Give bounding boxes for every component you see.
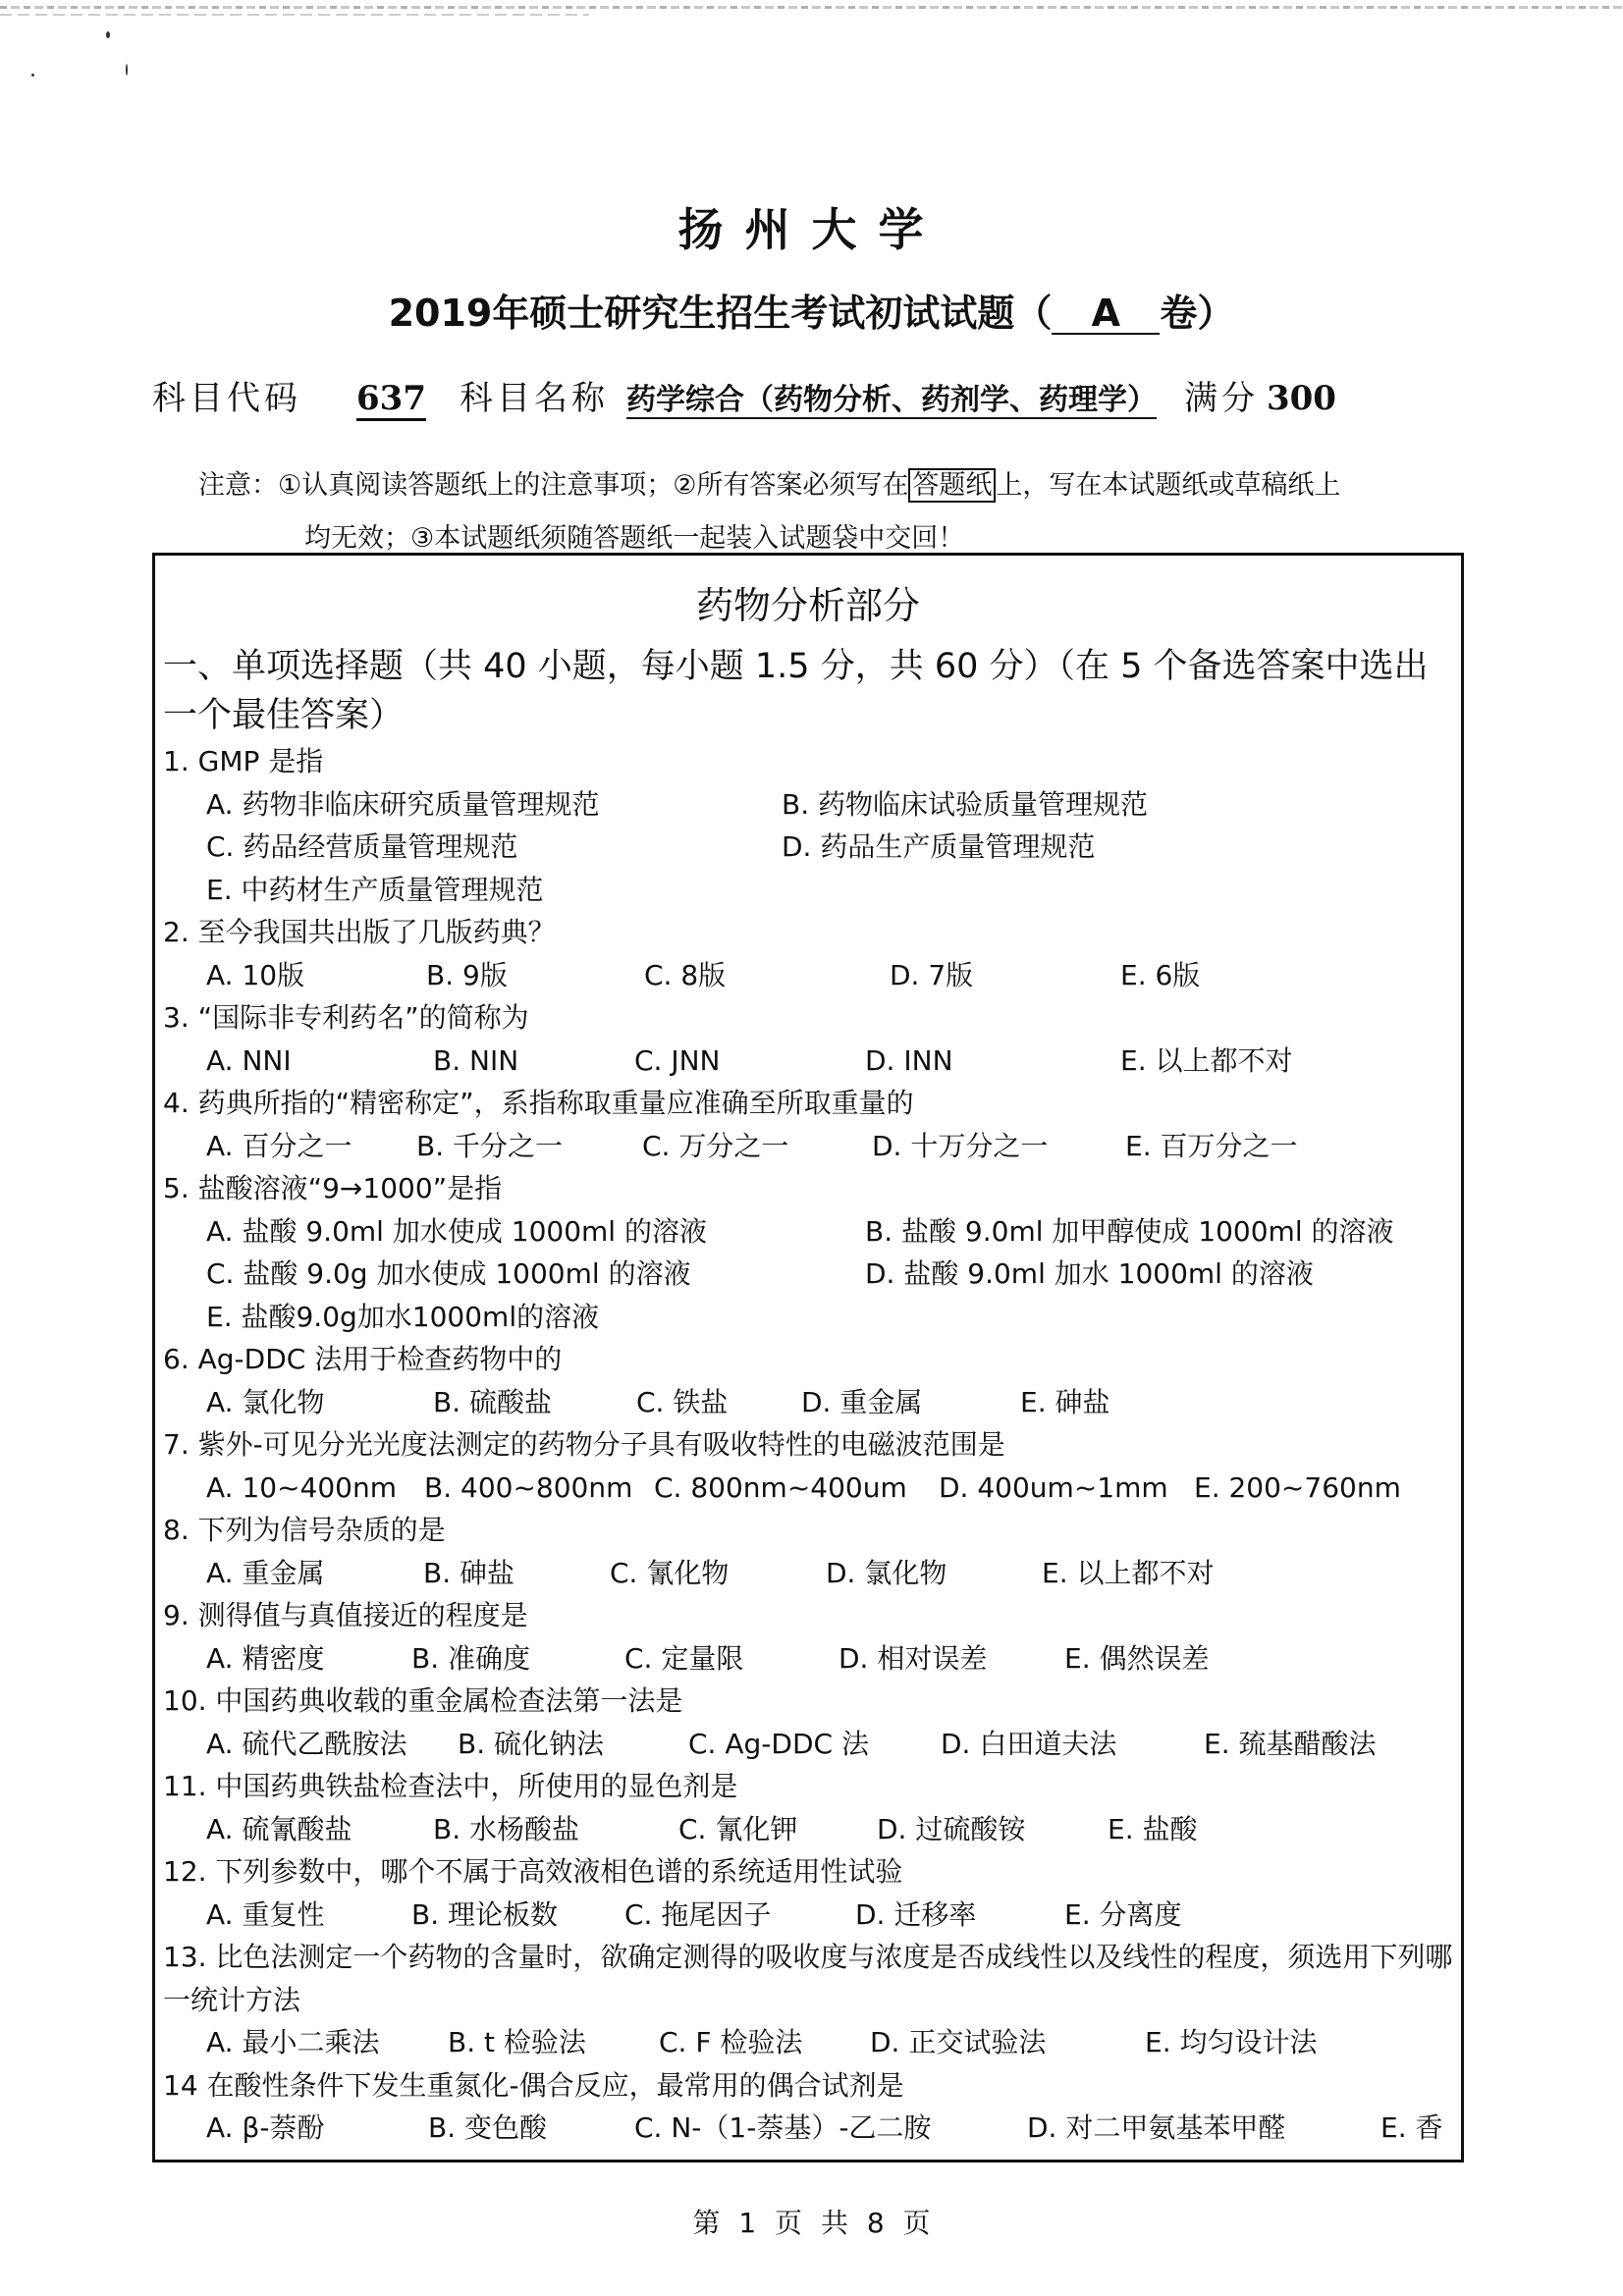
answer-sheet-boxed: 答题纸: [908, 468, 996, 503]
option-d: D. 相对误差: [839, 1637, 987, 1681]
option-row: A. 盐酸 9.0ml 加水使成 1000ml 的溶液 B. 盐酸 9.0ml …: [163, 1210, 1459, 1254]
option-d: D. 药品生产质量管理规范: [782, 826, 1095, 869]
full-score: 300: [1267, 379, 1336, 418]
option-d: D. 氯化物: [826, 1552, 947, 1595]
option-d: D. 对二甲氨基苯甲醛: [1027, 2107, 1285, 2150]
option-e: E. 百万分之一: [1125, 1125, 1298, 1168]
scan-speck: [31, 74, 34, 77]
option-a: A. 盐酸 9.0ml 加水使成 1000ml 的溶液: [206, 1210, 707, 1254]
option-e: E. 以上都不对: [1042, 1552, 1215, 1595]
option-a: A. 精密度: [206, 1637, 324, 1681]
question-item: 11. 中国药典铁盐检查法中，所使用的显色剂是 A. 硫氰酸盐 B. 水杨酸盐 …: [163, 1765, 1459, 1850]
option-c: C. 800nm~400um: [654, 1467, 907, 1510]
option-e: E. 巯基醋酸法: [1204, 1723, 1377, 1766]
option-b: B. NIN: [433, 1040, 518, 1083]
question-frame: 药物分析部分 一、单项选择题（共 40 小题，每小题 1.5 分，共 60 分）…: [152, 553, 1464, 2163]
option-b: B. 9版: [426, 954, 508, 997]
option-row: A. 硫氰酸盐 B. 水杨酸盐 C. 氰化钾 D. 过硫酸铵 E. 盐酸: [163, 1808, 1459, 1851]
option-row: E. 中药材生产质量管理规范: [163, 869, 1459, 912]
option-c: C. Ag-DDC 法: [688, 1723, 869, 1766]
exam-title: 2019年硕士研究生招生考试初试试题（A卷）: [0, 283, 1623, 337]
option-b: B. 硫化钠法: [458, 1723, 604, 1766]
option-a: A. 最小二乘法: [206, 2021, 379, 2064]
subject-line: 科目代码637科目名称药学综合（药物分析、药剂学、药理学）满分300: [152, 371, 1336, 419]
question-item: 2. 至今我国共出版了几版药典？ A. 10版 B. 9版 C. 8版 D. 7…: [163, 911, 1459, 996]
option-row: A. 氯化物 B. 硫酸盐 C. 铁盐 D. 重金属 E. 砷盐: [163, 1381, 1459, 1424]
question-stem: 1. GMP 是指: [163, 740, 1459, 783]
option-c: C. JNN: [634, 1040, 721, 1083]
option-b: B. 水杨酸盐: [433, 1808, 579, 1851]
option-a: A. 百分之一: [206, 1125, 352, 1168]
option-row: A. 10~400nm B. 400~800nm C. 800nm~400um …: [163, 1467, 1459, 1510]
question-item: 6. Ag-DDC 法用于检查药物中的 A. 氯化物 B. 硫酸盐 C. 铁盐 …: [163, 1338, 1459, 1423]
question-item: 7. 紫外-可见分光光度法测定的药物分子具有吸收特性的电磁波范围是 A. 10~…: [163, 1423, 1459, 1509]
option-c: C. 拖尾因子: [624, 1894, 771, 1937]
question-list: 1. GMP 是指 A. 药物非临床研究质量管理规范 B. 药物临床试验质量管理…: [163, 740, 1459, 2150]
option-a: A. 硫代乙酰胺法: [206, 1723, 406, 1766]
option-a: A. 重复性: [206, 1894, 324, 1937]
option-e: E. 盐酸: [1108, 1808, 1198, 1851]
option-row: C. 药品经营质量管理规范 D. 药品生产质量管理规范: [163, 826, 1459, 869]
option-row: A. β-萘酚 B. 变色酸 C. N-（1-萘基）-乙二胺 D. 对二甲氨基苯…: [163, 2107, 1459, 2150]
question-stem: 5. 盐酸溶液“9→1000”是指: [163, 1167, 1459, 1210]
option-d: D. 正交试验法: [870, 2021, 1046, 2064]
notice-text-2: 上，写在本试题纸或草稿纸上: [996, 470, 1340, 501]
option-a: A. β-萘酚: [206, 2107, 324, 2150]
question-stem: 10. 中国药典收载的重金属检查法第一法是: [163, 1680, 1459, 1723]
option-b: B. 盐酸 9.0ml 加甲醇使成 1000ml 的溶液: [865, 1210, 1394, 1254]
option-e: E. 均匀设计法: [1145, 2021, 1318, 2064]
option-e: E. 香: [1380, 2107, 1443, 2150]
option-b: B. 变色酸: [428, 2107, 547, 2150]
option-a: A. NNI: [206, 1040, 292, 1083]
option-b: B. 准确度: [411, 1637, 530, 1681]
option-c: C. 铁盐: [636, 1381, 728, 1424]
question-item: 3. “国际非专利药名”的简称为 A. NNI B. NIN C. JNN D.…: [163, 996, 1459, 1082]
option-d: D. 400um~1mm: [939, 1467, 1168, 1510]
option-d: D. 重金属: [801, 1381, 922, 1424]
notice: 注意：①认真阅读答题纸上的注意事项；②所有答案必须写在答题纸上，写在本试题纸或草…: [198, 459, 1475, 565]
option-c: C. N-（1-萘基）-乙二胺: [634, 2107, 931, 2150]
option-row: A. 药物非临床研究质量管理规范 B. 药物临床试验质量管理规范: [163, 783, 1459, 827]
subject-code-label: 科目代码: [152, 379, 301, 418]
option-row: A. 重金属 B. 砷盐 C. 氰化物 D. 氯化物 E. 以上都不对: [163, 1552, 1459, 1595]
question-item: 1. GMP 是指 A. 药物非临床研究质量管理规范 B. 药物临床试验质量管理…: [163, 740, 1459, 911]
option-a: A. 重金属: [206, 1552, 324, 1595]
option-b: B. 硫酸盐: [433, 1381, 552, 1424]
option-row: E. 盐酸9.0g加水1000ml的溶液: [163, 1296, 1459, 1339]
option-a: A. 10版: [206, 954, 304, 997]
option-e: E. 砷盐: [1020, 1381, 1110, 1424]
option-e: E. 偶然误差: [1064, 1637, 1210, 1681]
option-c: C. 药品经营质量管理规范: [206, 826, 517, 869]
question-stem: 14 在酸性条件下发生重氮化-偶合反应，最常用的偶合试剂是: [163, 2064, 1459, 2108]
scan-speck: [106, 31, 110, 38]
option-c: C. 定量限: [624, 1637, 743, 1681]
question-item: 14 在酸性条件下发生重氮化-偶合反应，最常用的偶合试剂是 A. β-萘酚 B.…: [163, 2064, 1459, 2150]
option-c: C. 氰化物: [610, 1552, 729, 1595]
subject-name: 药学综合（药物分析、药剂学、药理学）: [626, 383, 1157, 419]
paper-letter: A: [1052, 294, 1160, 335]
question-item: 5. 盐酸溶液“9→1000”是指 A. 盐酸 9.0ml 加水使成 1000m…: [163, 1167, 1459, 1338]
option-c: C. 氰化钾: [678, 1808, 797, 1851]
option-b: B. 砷盐: [423, 1552, 514, 1595]
option-e: E. 盐酸9.0g加水1000ml的溶液: [206, 1296, 599, 1339]
option-d: D. 过硫酸铵: [877, 1808, 1025, 1851]
option-b: B. 理论板数: [411, 1894, 558, 1937]
option-a: A. 10~400nm: [206, 1467, 397, 1510]
scan-edge-artifact: [0, 6, 1623, 9]
question-item: 10. 中国药典收载的重金属检查法第一法是 A. 硫代乙酰胺法 B. 硫化钠法 …: [163, 1680, 1459, 1765]
option-a: A. 药物非临床研究质量管理规范: [206, 783, 599, 827]
question-item: 12. 下列参数中，哪个不属于高效液相色谱的系统适用性试验 A. 重复性 B. …: [163, 1850, 1459, 1936]
option-a: A. 硫氰酸盐: [206, 1808, 352, 1851]
subject-code: 637: [356, 379, 426, 421]
question-item: 9. 测得值与真值接近的程度是 A. 精密度 B. 准确度 C. 定量限 D. …: [163, 1594, 1459, 1680]
page-indicator: 第 1 页 共 8 页: [0, 2202, 1623, 2241]
option-row: A. 百分之一 B. 千分之一 C. 万分之一 D. 十万分之一 E. 百万分之…: [163, 1125, 1459, 1168]
question-stem: 2. 至今我国共出版了几版药典？: [163, 911, 1459, 954]
option-b: B. t 检验法: [448, 2021, 586, 2064]
exam-title-suffix: 卷）: [1160, 292, 1234, 335]
exam-title-prefix: 2019年硕士研究生招生考试初试试题（: [389, 292, 1053, 335]
section-title: 药物分析部分: [155, 575, 1461, 629]
question-stem: 8. 下列为信号杂质的是: [163, 1509, 1459, 1552]
option-row: C. 盐酸 9.0g 加水使成 1000ml 的溶液 D. 盐酸 9.0ml 加…: [163, 1253, 1459, 1296]
option-row: A. 10版 B. 9版 C. 8版 D. 7版 E. 6版: [163, 954, 1459, 997]
scan-edge-artifact: [0, 14, 589, 16]
question-item: 13. 比色法测定一个药物的含量时，欲确定测得的吸收度与浓度是否成线性以及线性的…: [163, 1936, 1459, 2064]
question-stem: 6. Ag-DDC 法用于检查药物中的: [163, 1338, 1459, 1381]
option-e: E. 6版: [1120, 954, 1200, 997]
full-score-label: 满分: [1184, 379, 1259, 418]
question-stem: 12. 下列参数中，哪个不属于高效液相色谱的系统适用性试验: [163, 1850, 1459, 1894]
option-c: C. F 检验法: [659, 2021, 802, 2064]
scan-speck: [126, 64, 128, 76]
part-heading: 一、单项选择题（共 40 小题，每小题 1.5 分，共 60 分）（在 5 个备…: [163, 642, 1459, 740]
question-stem: 3. “国际非专利药名”的简称为: [163, 996, 1459, 1040]
option-b: B. 药物临床试验质量管理规范: [782, 783, 1148, 827]
question-item: 8. 下列为信号杂质的是 A. 重金属 B. 砷盐 C. 氰化物 D. 氯化物 …: [163, 1509, 1459, 1594]
option-e: E. 分离度: [1064, 1894, 1182, 1937]
option-row: A. 精密度 B. 准确度 C. 定量限 D. 相对误差 E. 偶然误差: [163, 1637, 1459, 1681]
question-item: 4. 药典所指的“精密称定”，系指称取重量应准确至所取重量的 A. 百分之一 B…: [163, 1082, 1459, 1167]
option-row: A. 重复性 B. 理论板数 C. 拖尾因子 D. 迁移率 E. 分离度: [163, 1894, 1459, 1937]
question-stem: 4. 药典所指的“精密称定”，系指称取重量应准确至所取重量的: [163, 1082, 1459, 1125]
option-c: C. 盐酸 9.0g 加水使成 1000ml 的溶液: [206, 1253, 691, 1296]
notice-label: 注意：: [198, 470, 278, 501]
subject-name-label: 科目名称: [460, 379, 609, 418]
option-c: C. 万分之一: [642, 1125, 788, 1168]
question-stem: 7. 紫外-可见分光光度法测定的药物分子具有吸收特性的电磁波范围是: [163, 1423, 1459, 1467]
question-stem: 9. 测得值与真值接近的程度是: [163, 1594, 1459, 1637]
option-row: A. 最小二乘法 B. t 检验法 C. F 检验法 D. 正交试验法 E. 均…: [163, 2021, 1459, 2064]
option-d: D. 盐酸 9.0ml 加水 1000ml 的溶液: [865, 1253, 1314, 1296]
option-d: D. 迁移率: [855, 1894, 976, 1937]
question-stem: 11. 中国药典铁盐检查法中，所使用的显色剂是: [163, 1765, 1459, 1808]
question-stem: 13. 比色法测定一个药物的含量时，欲确定测得的吸收度与浓度是否成线性以及线性的…: [163, 1936, 1457, 2021]
option-d: D. 7版: [890, 954, 973, 997]
notice-text-1: ①认真阅读答题纸上的注意事项；②所有答案必须写在: [278, 470, 908, 501]
option-b: B. 400~800nm: [424, 1467, 632, 1510]
option-row: A. NNI B. NIN C. JNN D. INN E. 以上都不对: [163, 1040, 1459, 1083]
option-e: E. 200~760nm: [1194, 1467, 1401, 1510]
option-d: D. 十万分之一: [872, 1125, 1048, 1168]
option-c: C. 8版: [644, 954, 726, 997]
university-name: 扬州大学: [0, 194, 1623, 259]
option-d: D. INN: [865, 1040, 953, 1083]
option-d: D. 白田道夫法: [941, 1723, 1116, 1766]
option-a: A. 氯化物: [206, 1381, 324, 1424]
option-row: A. 硫代乙酰胺法 B. 硫化钠法 C. Ag-DDC 法 D. 白田道夫法 E…: [163, 1723, 1459, 1766]
option-e: E. 以上都不对: [1120, 1040, 1293, 1083]
option-b: B. 千分之一: [416, 1125, 563, 1168]
option-e: E. 中药材生产质量管理规范: [206, 869, 544, 912]
